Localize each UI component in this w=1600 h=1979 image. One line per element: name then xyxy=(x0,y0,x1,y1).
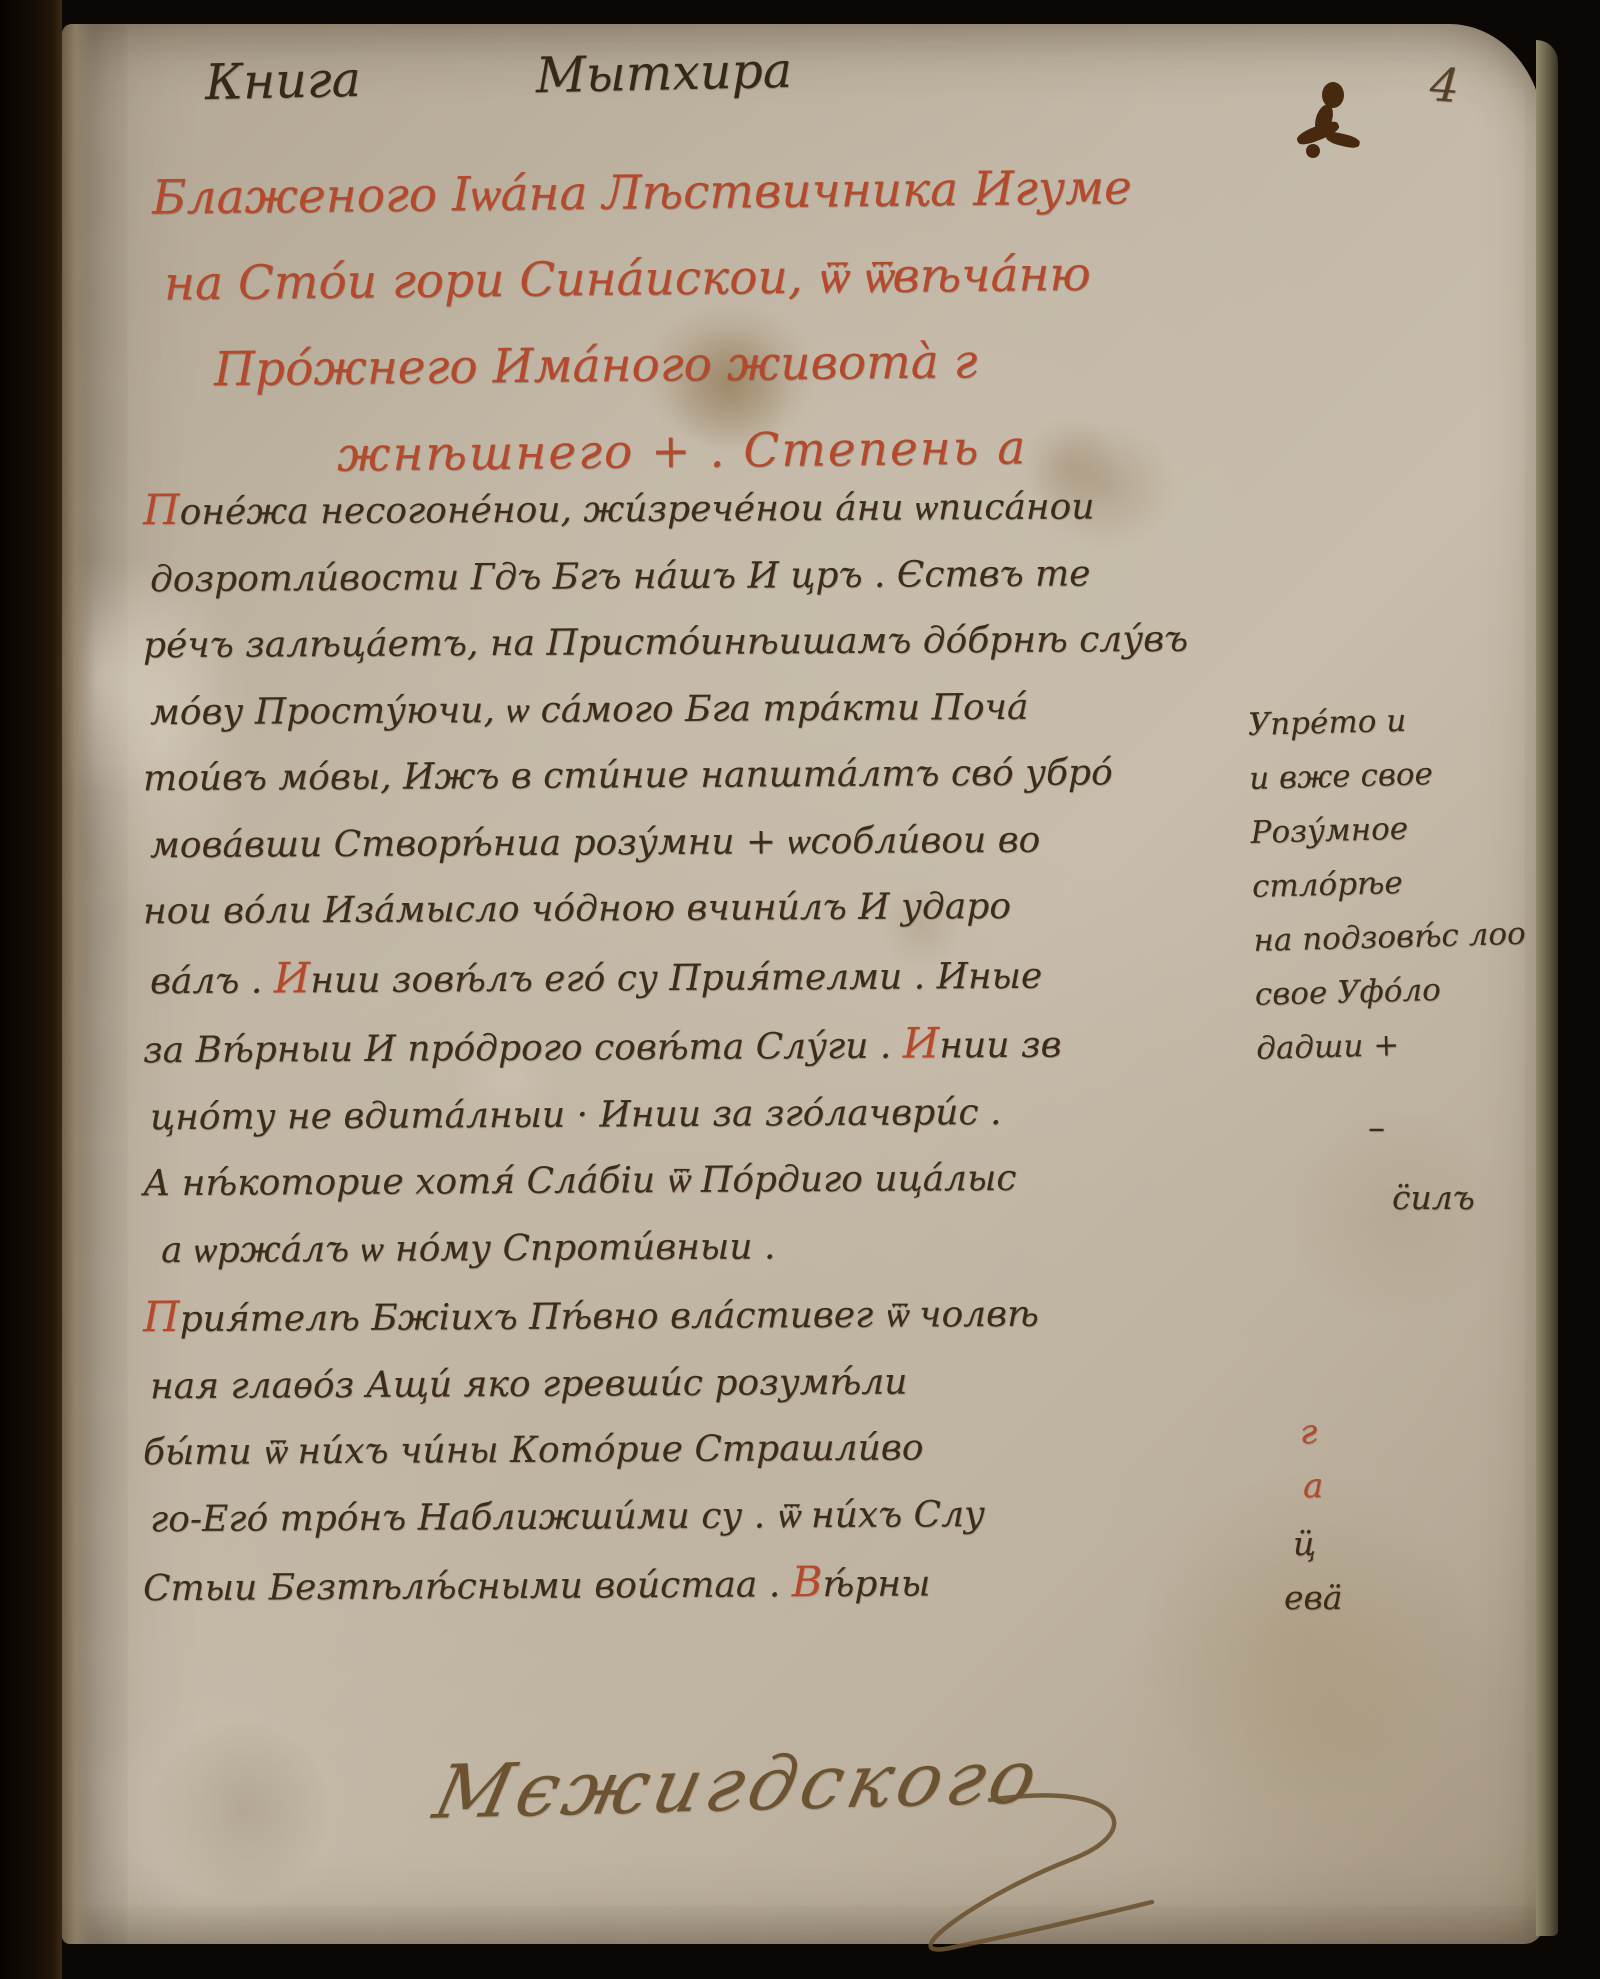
body-line: нои во́ли Иза́мысло чо́дною вчини́лъ И у… xyxy=(143,873,1203,946)
manuscript-photo: Книга Мытхира 4 Блаженого Іѡа́на Лѣствич… xyxy=(0,0,1600,1979)
body-line: за Вѣ́рныи И про́дрого совѣ́та Слу́ги . … xyxy=(143,1009,1203,1085)
folio-number: 4 xyxy=(1428,57,1461,113)
body-line: А нѣ́которие хотя́ Сла́біи ѿ По́рдиго иц… xyxy=(143,1145,1203,1218)
body-line: Стыи Безтѣлѣ́сными вои́стаа . Вѣ́рны xyxy=(143,1547,1203,1623)
margin-mark: г xyxy=(1300,1412,1317,1452)
body-line: Прия́телѣ Бжіихъ Пѣ́вно вла́стивег ѿ чол… xyxy=(143,1278,1203,1354)
heading-line: Про́жнего Има́ного живота̀ г xyxy=(214,317,1213,413)
margin-note: Упре́то и xyxy=(1247,690,1548,752)
body-line: го-Его́ тро́нъ Наближши́ми су . ѿ ни́хъ … xyxy=(150,1480,1203,1553)
margin-notes-block: Упре́то и и вже свое Розу́мное стло́рѣе … xyxy=(1247,690,1557,1076)
heading-line: Блаженого Іѡа́на Лѣствичника Игуме xyxy=(152,144,1213,241)
body-line: ва́лъ . Инии зовѣ́лъ его́ су Прия́телми … xyxy=(150,939,1203,1015)
body-line: дозротли́вости Гдъ Бгъ на́шъ И цръ . Єст… xyxy=(150,540,1203,613)
body-line: ре́чъ залѣца́етъ, на Присто́инѣишамъ до́… xyxy=(143,607,1203,680)
margin-note: свое Уфо́ло xyxy=(1254,960,1555,1022)
margin-note: Розу́мное xyxy=(1250,798,1551,860)
margin-note: на подзовѣ́с лоо xyxy=(1253,906,1554,968)
body-line: ная глаѳо́з Ащи́ яко гревши́с розумѣ́ли xyxy=(150,1347,1203,1420)
margin-mark: евӓ xyxy=(1284,1578,1342,1617)
body-line: Поне́жа несогоне́нои, жи́зрече́нои а́ни … xyxy=(143,471,1203,547)
margin-word-sil: с̈илъ xyxy=(1392,1178,1475,1217)
body-text-block: Поне́жа несогоне́нои, жи́зрече́нои а́ни … xyxy=(143,474,1203,1620)
body-line: тои́въ мо́вы, Ижъ в сти́ние напшта́лтъ с… xyxy=(143,740,1203,813)
book-binding-edge xyxy=(0,0,62,1979)
title-word-2: Мытхира xyxy=(535,42,792,104)
margin-mark: ц̈ xyxy=(1293,1524,1316,1563)
body-line: а ѡржа́лъ ѡ но́му Спроти́вныи . xyxy=(161,1211,1203,1284)
page-edge-left xyxy=(62,24,96,1944)
body-line: мо́ву Просту́ючи, ѡ са́мого Бга тра́кти … xyxy=(150,673,1203,746)
margin-mark: а xyxy=(1303,1466,1323,1506)
red-heading-block: Блаженого Іѡа́на Лѣствичника Игуме на Ст… xyxy=(152,150,1212,494)
signature-flourish xyxy=(690,1790,1160,1960)
body-line: бы́ти ѿ ни́хъ чи́ны Кото́рие Страшли́во xyxy=(143,1414,1203,1487)
margin-note: дадши + xyxy=(1256,1014,1557,1076)
ink-blot xyxy=(1296,82,1366,160)
body-line: мова́вши Створѣ́ниа розу́мни + ѡсобли́во… xyxy=(150,806,1203,879)
margin-note: стло́рѣе xyxy=(1251,852,1552,914)
title-word-1: Книга xyxy=(204,51,361,111)
margin-dash-mark: – xyxy=(1368,1108,1385,1148)
body-line: цно́ту не вдита́лныи · Инии за зго́лачвр… xyxy=(150,1078,1203,1151)
heading-line: на Сто́и гори Сина́искои, ѿ ѿвѣча́ню xyxy=(164,231,1213,328)
margin-note: и вже свое xyxy=(1249,744,1550,806)
